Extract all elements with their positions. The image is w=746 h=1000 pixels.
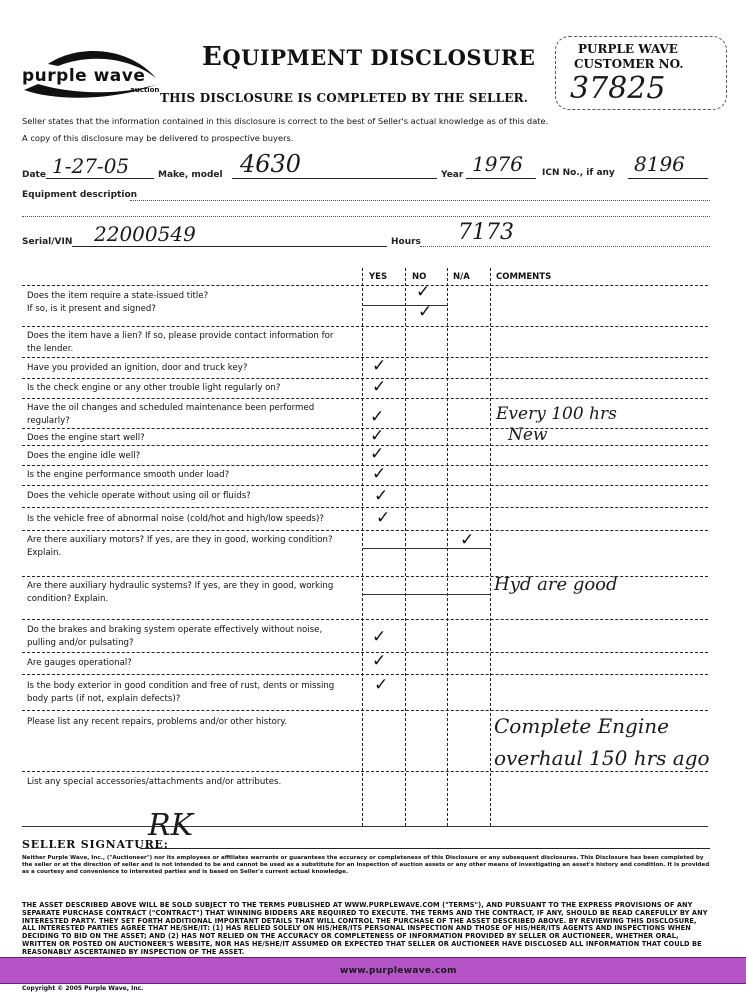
comment-engine-start[interactable]: New — [508, 425, 548, 445]
question-accessories: List any special accessories/attachments… — [27, 776, 362, 789]
question-recent-repairs: Please list any recent repairs, problems… — [27, 716, 327, 729]
year-field[interactable]: 1976 — [466, 158, 536, 179]
check-yes-engine-idle[interactable]: ✓ — [370, 444, 384, 464]
question-maintenance: Have the oil changes and scheduled maint… — [27, 402, 337, 428]
col-na: N/A — [453, 272, 470, 282]
equipment-description-label: Equipment description — [22, 190, 137, 200]
check-yes-keys[interactable]: ✓ — [372, 356, 386, 376]
serial-label: Serial/VIN — [22, 237, 72, 247]
question-aux-motors: Are there auxiliary motors? If yes, are … — [27, 534, 337, 560]
col-line-na — [447, 268, 448, 826]
question-gauges: Are gauges operational? — [27, 657, 362, 670]
date-field[interactable]: 1-27-05 — [46, 158, 154, 179]
make-model-label: Make, model — [158, 170, 223, 180]
make-model-field[interactable]: 4630 — [232, 158, 437, 179]
hours-field[interactable]: 7173 — [420, 228, 710, 247]
col-yes: YES — [369, 272, 387, 282]
seller-signature-field[interactable]: RK — [140, 832, 710, 849]
disclaimer-text: Neither Purple Wave, Inc., ("Auctioneer"… — [22, 855, 712, 876]
check-yes-body-exterior[interactable]: ✓ — [374, 675, 388, 695]
hours-label: Hours — [391, 237, 421, 247]
banner-url-link[interactable]: www.purplewave.com — [340, 966, 457, 976]
question-oil-fluids: Does the vehicle operate without using o… — [27, 490, 362, 503]
customer-number-box: PURPLE WAVE CUSTOMER NO. 37825 — [555, 36, 727, 110]
check-yes-gauges[interactable]: ✓ — [372, 651, 386, 671]
question-title-signed: If so, is it present and signed? — [27, 303, 362, 316]
question-title-required: Does the item require a state-issued tit… — [27, 290, 362, 303]
page-subtitle: THIS DISCLOSURE IS COMPLETED BY THE SELL… — [160, 91, 528, 105]
question-brakes: Do the brakes and braking system operate… — [27, 624, 337, 650]
question-abnormal-noise: Is the vehicle free of abnormal noise (c… — [27, 513, 362, 526]
date-label: Date — [22, 170, 46, 180]
question-engine-idle: Does the engine idle well? — [27, 450, 362, 463]
col-line-comments — [490, 268, 491, 826]
comment-maintenance[interactable]: Every 100 hrs — [496, 404, 617, 424]
check-yes-oil-fluids[interactable]: ✓ — [374, 486, 388, 506]
logo-subtext: auction — [130, 86, 159, 94]
question-keys: Have you provided an ignition, door and … — [27, 362, 362, 375]
question-body-exterior: Is the body exterior in good condition a… — [27, 680, 337, 706]
question-lien: Does the item have a lien? If so, please… — [27, 330, 347, 356]
question-engine-performance: Is the engine performance smooth under l… — [27, 469, 362, 482]
col-comments: COMMENTS — [496, 272, 551, 282]
intro-line-2: A copy of this disclosure may be deliver… — [22, 133, 293, 143]
comment-recent-repairs[interactable]: Complete Engine overhaul 150 hrs ago — [494, 710, 744, 774]
check-yes-engine-performance[interactable]: ✓ — [372, 464, 386, 484]
check-yes-trouble-light[interactable]: ✓ — [372, 377, 386, 397]
icn-label: ICN No., if any — [542, 168, 615, 178]
customer-number-value[interactable]: 37825 — [570, 71, 665, 106]
question-aux-hydraulics: Are there auxiliary hydraulic systems? I… — [27, 580, 337, 606]
check-yes-maintenance[interactable]: ✓ — [370, 407, 384, 427]
copyright-text: Copyright © 2005 Purple Wave, Inc. — [22, 985, 143, 992]
terms-text: The asset described above will be sold s… — [22, 902, 712, 957]
check-no-title-required[interactable]: ✓ — [416, 282, 430, 302]
check-yes-engine-start[interactable]: ✓ — [370, 426, 384, 446]
check-yes-abnormal-noise[interactable]: ✓ — [376, 508, 390, 528]
intro-line-1: Seller states that the information conta… — [22, 116, 548, 126]
purple-wave-logo: purple wave auction — [18, 44, 163, 104]
customer-box-line2: CUSTOMER NO. — [574, 57, 684, 71]
logo-text: purple wave — [22, 66, 145, 86]
customer-box-line1: PURPLE WAVE — [578, 42, 678, 56]
question-trouble-light: Is the check engine or any other trouble… — [27, 382, 362, 395]
equipment-description-line-2 — [22, 212, 710, 217]
page-title: EQUIPMENT DISCLOSURE — [202, 42, 535, 72]
check-yes-brakes[interactable]: ✓ — [372, 627, 386, 647]
icn-field[interactable]: 8196 — [628, 158, 708, 179]
col-line-no — [405, 268, 406, 826]
serial-field[interactable]: 22000549 — [72, 228, 387, 247]
comment-aux-hydraulics[interactable]: Hyd are good — [494, 574, 618, 595]
question-engine-start: Does the engine start well? — [27, 432, 362, 445]
equipment-description-field[interactable] — [130, 192, 710, 201]
col-no: NO — [412, 272, 426, 282]
check-na-aux-motors[interactable]: ✓ — [460, 530, 474, 550]
col-line-yes — [362, 268, 363, 826]
year-label: Year — [441, 170, 463, 180]
